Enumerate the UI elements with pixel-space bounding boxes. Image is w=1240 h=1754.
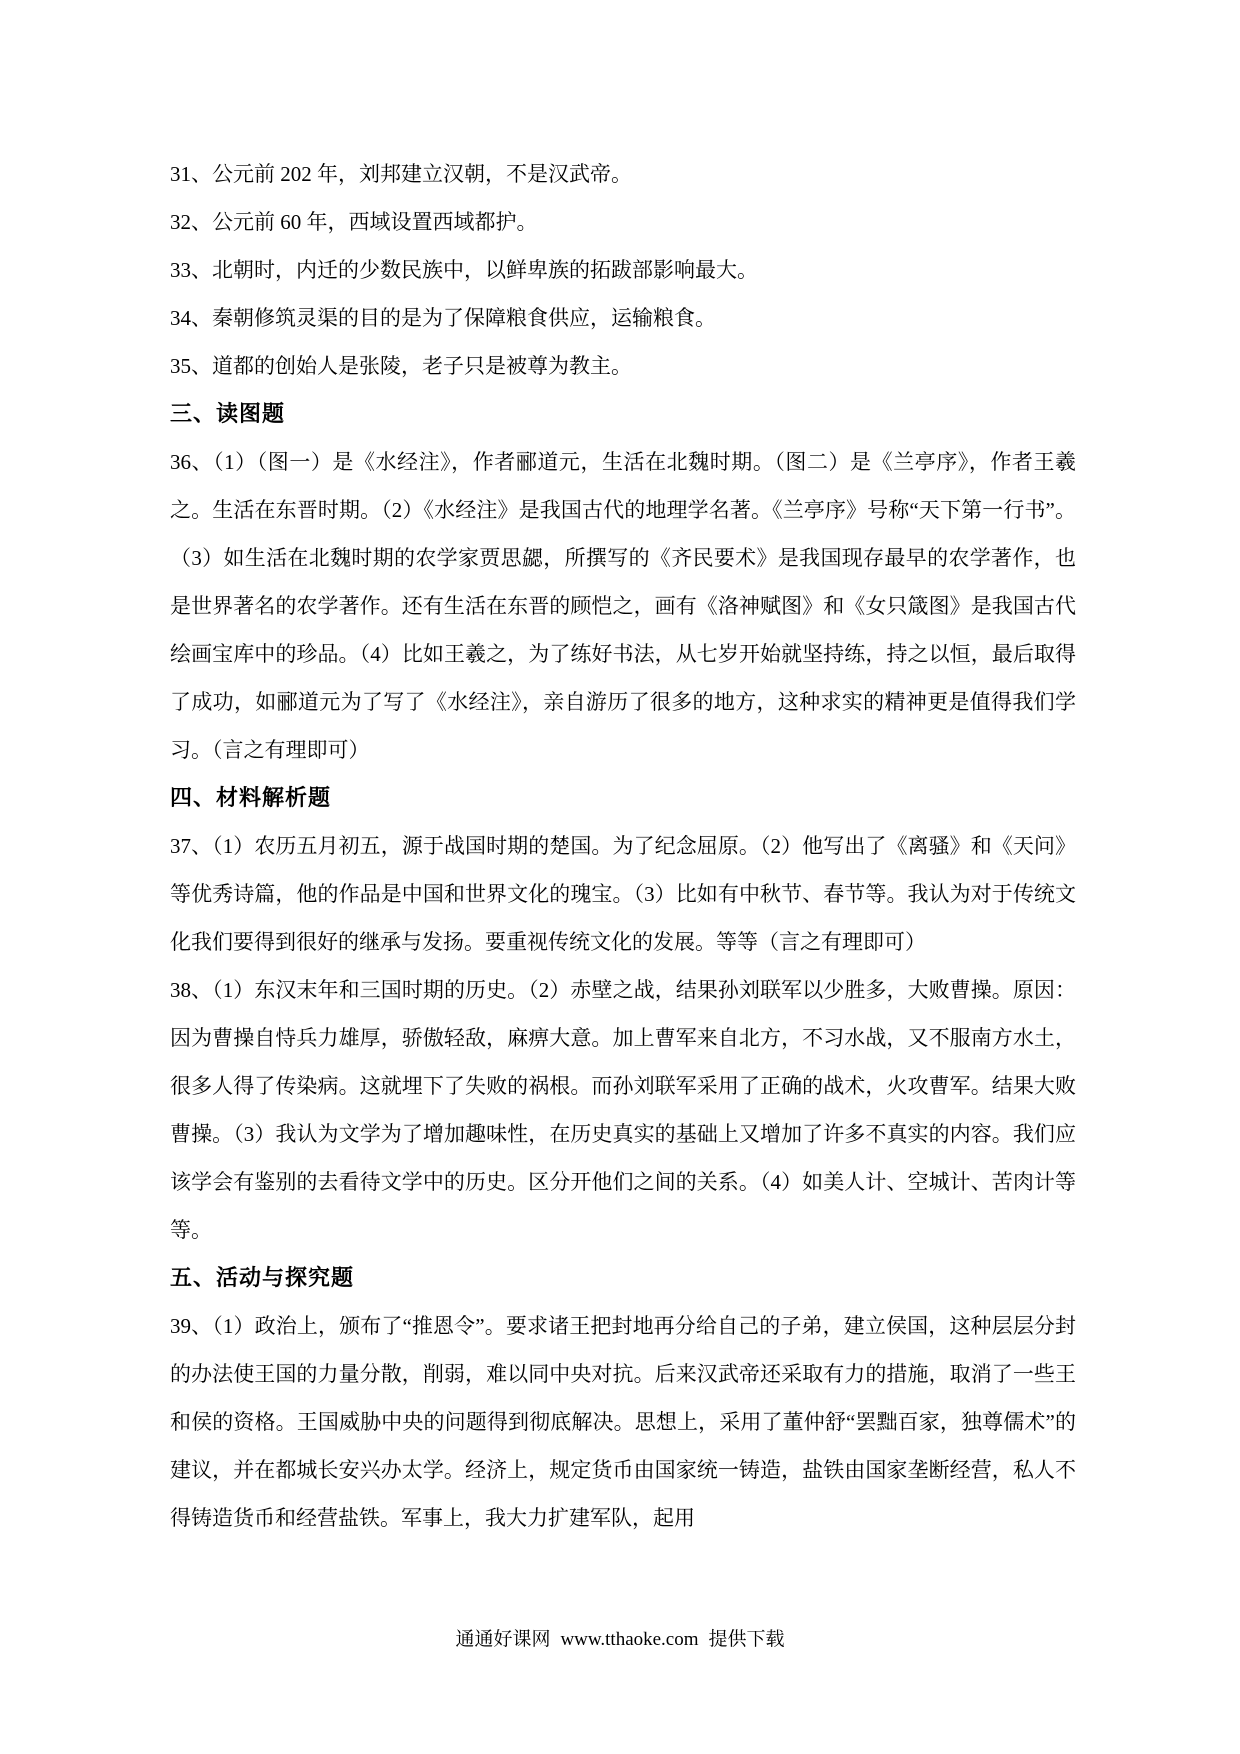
document-page: 31、公元前 202 年，刘邦建立汉朝，不是汉武帝。32、公元前 60 年，西域… bbox=[0, 0, 1240, 1754]
answer-paragraph-36: 36、（1）（图一）是《水经注》，作者郦道元，生活在北魏时期。（图二）是《兰亭序… bbox=[170, 438, 1076, 774]
page-footer: 通通好课网www.tthaoke.com提供下载 bbox=[0, 1622, 1240, 1658]
answer-paragraph-38: 38、（1）东汉末年和三国时期的历史。（2）赤壁之战，结果孙刘联军以少胜多，大败… bbox=[170, 966, 1076, 1254]
answer-paragraph-37: 37、（1）农历五月初五，源于战国时期的楚国。为了纪念屈原。（2）他写出了《离骚… bbox=[170, 822, 1076, 966]
answer-key-content: 31、公元前 202 年，刘邦建立汉朝，不是汉武帝。32、公元前 60 年，西域… bbox=[170, 150, 1076, 1542]
answer-item-32: 32、公元前 60 年，西域设置西域都护。 bbox=[170, 198, 1076, 246]
footer-url: www.tthaoke.com bbox=[555, 1629, 703, 1650]
footer-download-label: 提供下载 bbox=[704, 1629, 790, 1650]
answer-item-35: 35、道都的创始人是张陵，老子只是被尊为教主。 bbox=[170, 342, 1076, 390]
answer-item-31: 31、公元前 202 年，刘邦建立汉朝，不是汉武帝。 bbox=[170, 150, 1076, 198]
section-heading-activity-exploration: 五、活动与探究题 bbox=[170, 1254, 1076, 1302]
section-heading-reading-pictures: 三、读图题 bbox=[170, 390, 1076, 438]
answer-paragraph-39: 39、（1）政治上，颁布了“推恩令”。要求诸王把封地再分给自己的子弟，建立侯国，… bbox=[170, 1302, 1076, 1542]
section-heading-material-analysis: 四、材料解析题 bbox=[170, 774, 1076, 822]
footer-site-name: 通通好课网 bbox=[450, 1629, 555, 1650]
answer-item-33: 33、北朝时，内迁的少数民族中，以鲜卑族的拓跋部影响最大。 bbox=[170, 246, 1076, 294]
answer-item-34: 34、秦朝修筑灵渠的目的是为了保障粮食供应，运输粮食。 bbox=[170, 294, 1076, 342]
